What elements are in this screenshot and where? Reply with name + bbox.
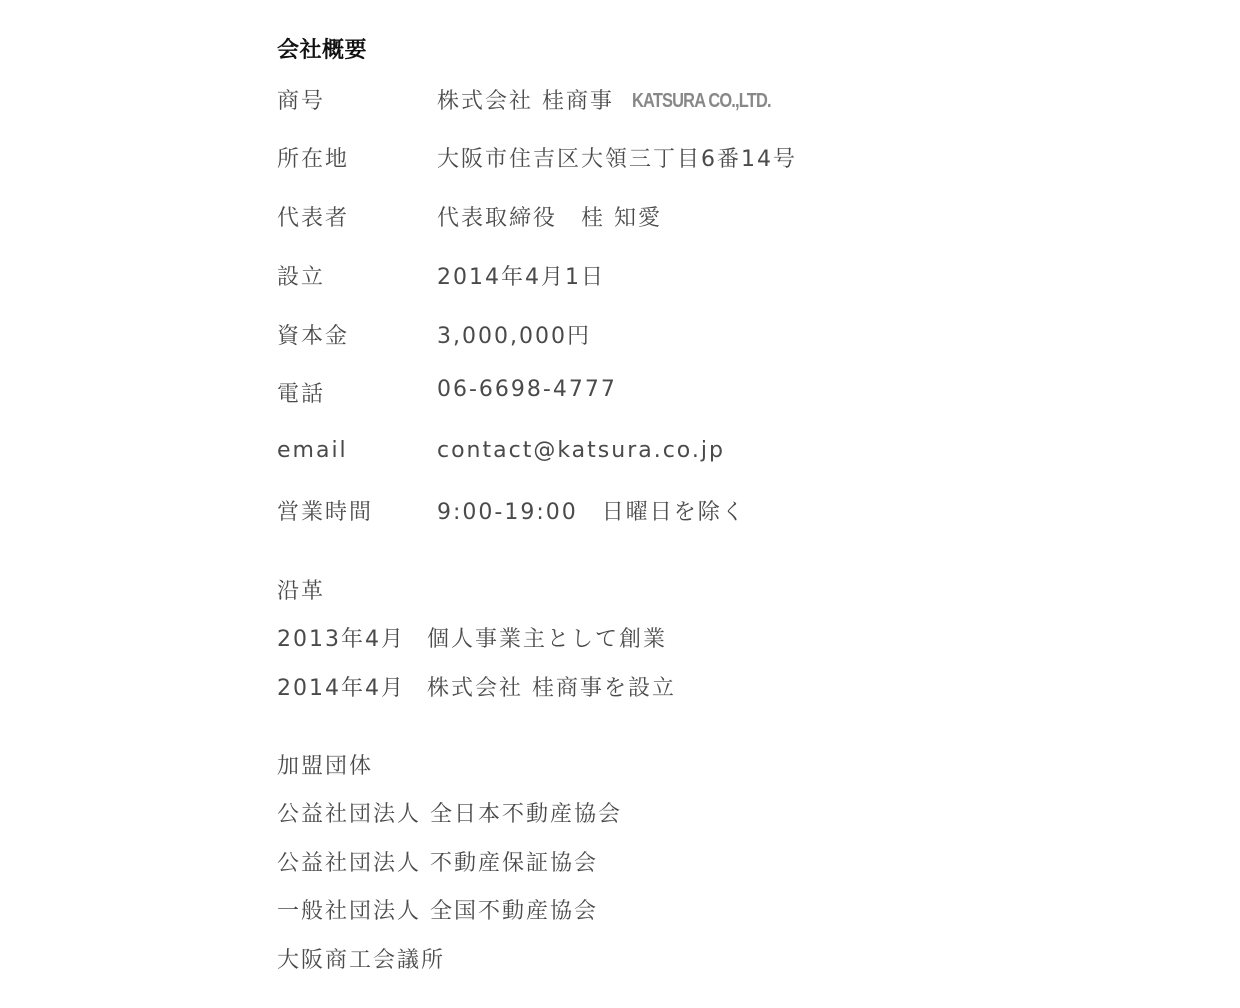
info-label: email: [277, 438, 348, 463]
history-event: 株式会社 桂商事を設立: [427, 671, 676, 702]
info-value: 株式会社 桂商事KATSURA CO.,LTD.: [437, 84, 801, 115]
memberships-heading: 加盟団体: [277, 749, 373, 780]
membership-item: 一般社団法人 全国不動産協会: [277, 894, 598, 925]
info-label: 資本金: [277, 319, 349, 350]
trade-name: 株式会社 桂商事: [437, 89, 614, 114]
history-date: 2013年4月: [277, 622, 405, 653]
email-link[interactable]: contact@katsura.co.jp: [437, 438, 725, 463]
info-value: 9:00-19:00 日曜日を除く: [437, 495, 746, 526]
info-label: 代表者: [277, 201, 349, 232]
info-value: 06-6698-4777: [437, 377, 617, 402]
history-date: 2014年4月: [277, 671, 405, 702]
info-label: 設立: [277, 260, 325, 291]
info-label: 所在地: [277, 142, 349, 173]
company-logo-text: KATSURA CO.,LTD.: [632, 90, 771, 113]
history-event: 個人事業主として創業: [427, 622, 667, 653]
info-value: 大阪市住吉区大領三丁目6番14号: [437, 142, 797, 173]
membership-item: 公益社団法人 全日本不動産協会: [277, 797, 622, 828]
history-heading: 沿革: [277, 574, 325, 605]
info-label: 営業時間: [277, 495, 373, 526]
membership-item: 公益社団法人 不動産保証協会: [277, 846, 598, 877]
info-label: 商号: [277, 84, 325, 115]
info-label: 電話: [277, 377, 325, 408]
page-title: 会社概要: [277, 33, 367, 64]
info-value: 3,000,000円: [437, 319, 591, 350]
info-value: 代表取締役 桂 知愛: [437, 201, 662, 232]
info-value: 2014年4月1日: [437, 260, 605, 291]
membership-item: 大阪商工会議所: [277, 943, 445, 974]
